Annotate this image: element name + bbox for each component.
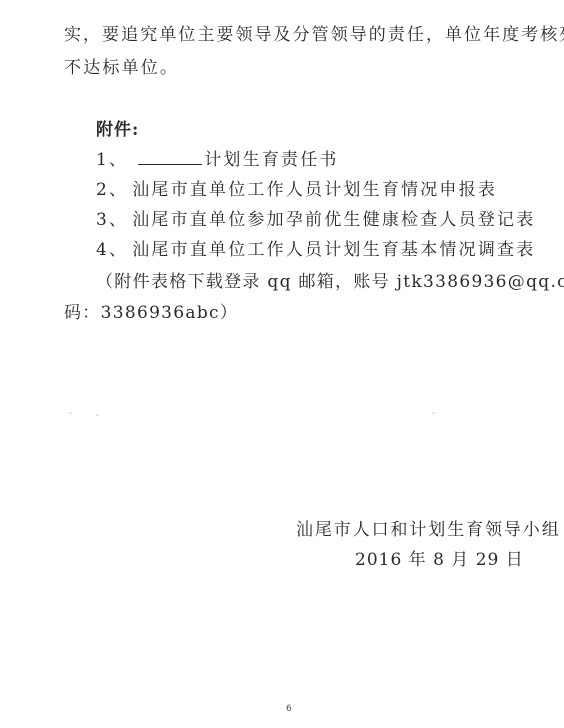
- attachment-number: 3、: [96, 210, 128, 230]
- scan-artifact: [96, 414, 99, 416]
- attachments-heading: 附件:: [96, 120, 139, 140]
- download-note-line-2: 码：3386936abc）: [64, 303, 238, 323]
- attachment-title: 汕尾市直单位工作人员计划生育基本情况调查表: [132, 240, 535, 260]
- attachment-title: 汕尾市直单位工作人员计划生育情况申报表: [132, 180, 497, 200]
- attachment-number: 1、: [96, 150, 128, 170]
- attachment-item-1: 1、计划生育责任书: [96, 150, 339, 170]
- fill-in-blank-line: [138, 150, 202, 165]
- body-text-line-2: 不达标单位。: [64, 58, 179, 78]
- attachment-title: 汕尾市直单位参加孕前优生健康检查人员登记表: [132, 210, 535, 230]
- download-note-line-1: （附件表格下载登录 qq 邮箱，账号 jtk3386936@qq.com，密: [96, 272, 564, 292]
- attachment-item-2: 2、汕尾市直单位工作人员计划生育情况申报表: [96, 180, 497, 200]
- attachment-number: 4、: [96, 240, 128, 260]
- attachment-title: 计划生育责任书: [204, 150, 338, 170]
- attachment-number: 2、: [96, 180, 128, 200]
- document-page: 实，要追究单位主要领导及分管领导的责任，单位年度考核列为 不达标单位。 附件: …: [0, 0, 564, 728]
- page-number: 6: [286, 704, 292, 714]
- scan-artifact: [432, 412, 435, 414]
- attachment-item-3: 3、汕尾市直单位参加孕前优生健康检查人员登记表: [96, 210, 535, 230]
- body-text-line-1: 实，要追究单位主要领导及分管领导的责任，单位年度考核列为: [64, 25, 564, 45]
- scan-artifact: [69, 412, 72, 414]
- signature-organization: 汕尾市人口和计划生育领导小组: [296, 520, 561, 540]
- attachment-item-4: 4、汕尾市直单位工作人员计划生育基本情况调查表: [96, 240, 535, 260]
- signature-date: 2016 年 8 月 29 日: [355, 550, 524, 570]
